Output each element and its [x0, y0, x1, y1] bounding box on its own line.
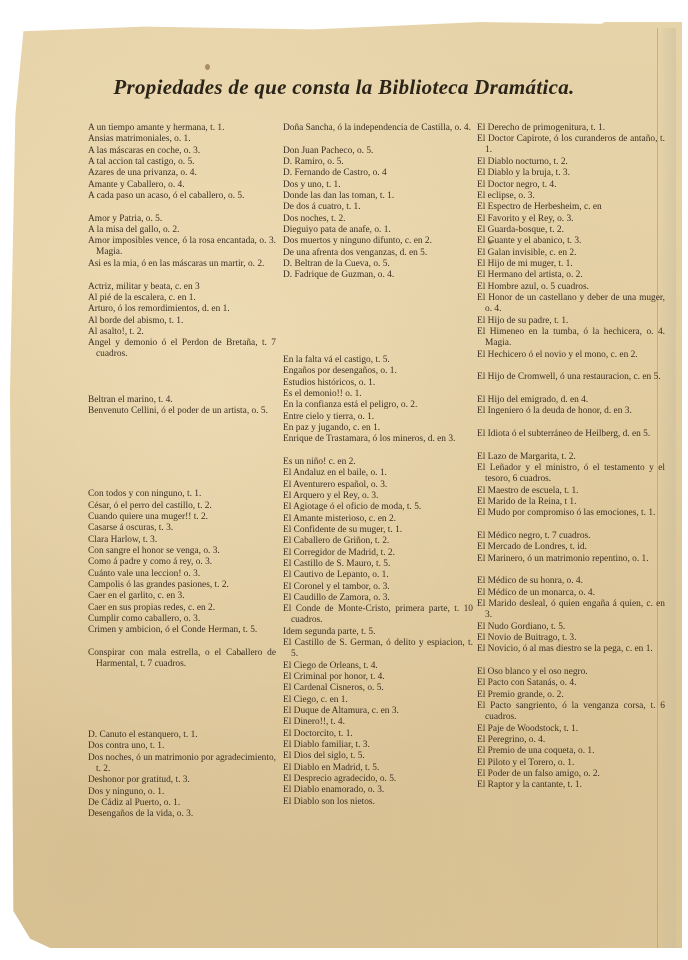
catalog-entry: El Diablo son los nietos. — [283, 797, 473, 808]
catalog-entry: El Hermano del artista, o. 2. — [477, 270, 665, 281]
catalog-entry: El Hijo de Cromwell, ó una restauracion,… — [477, 372, 665, 383]
catalog-entry: El Oso blanco y el oso negro. — [477, 667, 665, 678]
catalog-entry: Deshonor por gratitud, t. 3. — [88, 775, 276, 786]
catalog-entry: El Confidente de su muger, t. 1. — [283, 525, 473, 536]
catalog-entry: El eclipse, o. 3. — [477, 191, 665, 202]
catalog-entry: Campolis ó las grandes pasiones, t. 2. — [88, 580, 276, 591]
catalog-entry: Cuánto vale una leccion! o. 3. — [88, 569, 276, 580]
catalog-entry: El Poder de un falso amigo, o. 2. — [477, 769, 665, 780]
catalog-entry: El Doctor Capirote, ó los curanderos de … — [477, 134, 665, 157]
catalog-entry: El Hechicero ó el novio y el mono, c. en… — [477, 350, 665, 361]
catalog-entry: De Cádiz al Puerto, o. 1. — [88, 798, 276, 809]
catalog-entry: Donde las dan las toman, t. 1. — [283, 191, 473, 202]
catalog-entry: De una afrenta dos venganzas, d. en 5. — [283, 248, 473, 259]
catalog-entry: A las máscaras en coche, o. 3. — [88, 146, 276, 157]
catalog-entry: El Idiota ó el subterráneo de Heilberg, … — [477, 429, 665, 440]
catalog-entry: Caer en sus propias redes, c. en 2. — [88, 603, 276, 614]
catalog-entry: D. Canuto el estanquero, t. 1. — [88, 730, 276, 741]
catalog-entry: El Doctorcito, t. 1. — [283, 729, 473, 740]
catalog-entry: Al borde del abismo, t. 1. — [88, 316, 276, 327]
catalog-entry: El Dios del siglo, t. 5. — [283, 751, 473, 762]
catalog-entry: Angel y demonio ó el Perdon de Bretaña, … — [88, 338, 276, 361]
catalog-entry: Azares de una privanza, o. 4. — [88, 168, 276, 179]
catalog-entry: Dieguiyo pata de anafe, o. 1. — [283, 225, 473, 236]
catalog-entry: Idem segunda parte, t. 5. — [283, 627, 473, 638]
catalog-entry: Engaños por desengaños, o. 1. — [283, 366, 473, 377]
catalog-entry: El Dinero!!, t. 4. — [283, 717, 473, 728]
document-title: Propiedades de que consta la Biblioteca … — [0, 75, 688, 100]
catalog-entry: El Médico de su honra, o. 4. — [477, 576, 665, 587]
catalog-entry: El Premio de una coqueta, o. 1. — [477, 746, 665, 757]
catalog-entry: Crimen y ambicion, ó el Conde Herman, t.… — [88, 625, 276, 636]
catalog-entry: El Raptor y la cantante, t. 1. — [477, 780, 665, 791]
catalog-entry: Casarse á oscuras, t. 3. — [88, 523, 276, 534]
catalog-entry: El Honor de un castellano y deber de una… — [477, 293, 665, 316]
catalog-entry: El Mudo por compromiso ó las emociones, … — [477, 508, 665, 519]
catalog-entry: El Ciego, c. en 1. — [283, 695, 473, 706]
catalog-entry: Al pié de la escalera, c. en 1. — [88, 293, 276, 304]
catalog-entry: El Duque de Altamura, c. en 3. — [283, 706, 473, 717]
catalog-entry: El Médico negro, t. 7 cuadros. — [477, 531, 665, 542]
catalog-entry: Cuando quiere una muger!! t. 2. — [88, 512, 276, 523]
catalog-entry: El Hijo de mi muger, t. 1. — [477, 259, 665, 270]
catalog-entry: Es el demonio!! o. 1. — [283, 389, 473, 400]
catalog-entry: El Cardenal Cisneros, o. 5. — [283, 683, 473, 694]
catalog-entry: El Pacto con Satanás, o. 4. — [477, 678, 665, 689]
catalog-entry: A cada paso un acaso, ó el caballero, o.… — [88, 191, 276, 202]
catalog-entry: El Caudillo de Zamora, o. 3. — [283, 593, 473, 604]
catalog-entry: El Caballero de Griñon, t. 2. — [283, 536, 473, 547]
catalog-entry: Asi es la mia, ó en las máscaras un mart… — [88, 259, 276, 270]
catalog-entry: César, ó el perro del castillo, t. 2. — [88, 501, 276, 512]
catalog-entry: El Ingeniero ó la deuda de honor, d. en … — [477, 406, 665, 417]
catalog-entry: Como á padre y como á rey, o. 3. — [88, 557, 276, 568]
catalog-entry: El Lazo de Margarita, t. 2. — [477, 452, 665, 463]
catalog-entry: Cumplir como caballero, o. 3. — [88, 614, 276, 625]
catalog-entry: El Himeneo en la tumba, ó la hechicera, … — [477, 327, 665, 350]
catalog-entry: Dos y ninguno, o. 1. — [88, 787, 276, 798]
catalog-entry: Clara Harlow, t. 3. — [88, 535, 276, 546]
catalog-entry: El Marinero, ó un matrimonio repentino, … — [477, 554, 665, 565]
catalog-entry: El Derecho de primogenitura, t. 1. — [477, 123, 665, 134]
catalog-entry: El Peregrino, o. 4. — [477, 735, 665, 746]
catalog-entry: El Diablo en Madrid, t. 5. — [283, 763, 473, 774]
catalog-entry: A un tiempo amante y hermana, t. 1. — [88, 123, 276, 134]
catalog-entry: El Castillo de S. German, ó delito y esp… — [283, 638, 473, 661]
catalog-entry: D. Ramiro, o. 5. — [283, 157, 473, 168]
catalog-entry: El Maestro de escuela, t. 1. — [477, 486, 665, 497]
catalog-entry: Es un niño! c. en 2. — [283, 457, 473, 468]
ink-spot — [205, 64, 210, 70]
catalog-entry: D. Beltran de la Cueva, o. 5. — [283, 259, 473, 270]
catalog-entry: El Coronel y el tambor, o. 3. — [283, 582, 473, 593]
catalog-entry: Con todos y con ninguno, t. 1. — [88, 489, 276, 500]
catalog-entry: El Diablo nocturno, t. 2. — [477, 157, 665, 168]
catalog-entry: Benvenuto Cellini, ó el poder de un arti… — [88, 406, 276, 417]
catalog-entry: Caer en el garlito, c. en 3. — [88, 591, 276, 602]
catalog-entry: El Agiotage ó el oficio de moda, t. 5. — [283, 502, 473, 513]
catalog-entry: Dos contra uno, t. 1. — [88, 741, 276, 752]
catalog-entry: El Doctor negro, t. 4. — [477, 180, 665, 191]
catalog-entry: Arturo, ó los remordimientos, d. en 1. — [88, 304, 276, 315]
catalog-entry: D. Fadrique de Guzman, o. 4. — [283, 270, 473, 281]
catalog-entry: Amor y Patria, o. 5. — [88, 214, 276, 225]
catalog-entry: Don Juan Pacheco, o. 5. — [283, 146, 473, 157]
catalog-entry: Beltran el marino, t. 4. — [88, 395, 276, 406]
catalog-entry: El Aventurero español, o. 3. — [283, 480, 473, 491]
catalog-entry: El Guarda-bosque, t. 2. — [477, 225, 665, 236]
catalog-entry: El Amante misterioso, c. en 2. — [283, 514, 473, 525]
catalog-entry: Doña Sancha, ó la independencia de Casti… — [283, 123, 473, 134]
catalog-entry: Dos muertos y ninguno difunto, c. en 2. — [283, 236, 473, 247]
catalog-entry: Conspirar con mala estrella, o el Caball… — [88, 648, 276, 671]
catalog-entry: Estudios históricos, o. 1. — [283, 378, 473, 389]
catalog-entry: En paz y jugando, c. en 1. — [283, 423, 473, 434]
catalog-entry: El Diablo y la bruja, t. 3. — [477, 168, 665, 179]
catalog-entry: En la confianza está el peligro, o. 2. — [283, 400, 473, 411]
catalog-entry: Amor imposibles vence, ó la rosa encanta… — [88, 236, 276, 259]
catalog-entry: El Paje de Woodstock, t. 1. — [477, 724, 665, 735]
catalog-entry: El Marido desleal, ó quien engaña á quie… — [477, 599, 665, 622]
catalog-entry: A la misa del gallo, o. 2. — [88, 225, 276, 236]
catalog-entry: El Conde de Monte-Cristo, primera parte,… — [283, 604, 473, 627]
catalog-entry: Dos noches, t. 2. — [283, 214, 473, 225]
catalog-entry: El Piloto y el Torero, o. 1. — [477, 758, 665, 769]
catalog-entry: El Nudo Gordiano, t. 5. — [477, 622, 665, 633]
catalog-entry: Con sangre el honor se venga, o. 3. — [88, 546, 276, 557]
catalog-entry: El Galan invisible, c. en 2. — [477, 248, 665, 259]
catalog-entry: El Médico de un monarca, o. 4. — [477, 588, 665, 599]
catalog-entry: De dos á cuatro, t. 1. — [283, 202, 473, 213]
catalog-entry: D. Fernando de Castro, o. 4 — [283, 168, 473, 179]
catalog-entry: Actriz, militar y beata, c. en 3 — [88, 282, 276, 293]
catalog-entry: El Pacto sangriento, ó la venganza corsa… — [477, 701, 665, 724]
catalog-entry: El Diablo enamorado, o. 3. — [283, 785, 473, 796]
catalog-entry: Dos y uno, t. 1. — [283, 180, 473, 191]
catalog-entry: El Leñador y el ministro, ó el testament… — [477, 463, 665, 486]
catalog-entry: El Hombre azul, o. 5 cuadros. — [477, 282, 665, 293]
catalog-entry: El Ciego de Orleans, t. 4. — [283, 661, 473, 672]
catalog-entry: A tal accion tal castigo, o. 5. — [88, 157, 276, 168]
catalog-entry: Ansias matrimoniales, o. 1. — [88, 134, 276, 145]
catalog-entry: En la falta vá el castigo, t. 5. — [283, 355, 473, 366]
catalog-entry: El Andaluz en el baile, o. 1. — [283, 468, 473, 479]
catalog-entry: Dos noches, ó un matrimonio por agradeci… — [88, 753, 276, 776]
catalog-entry: Amante y Caballero, o. 4. — [88, 180, 276, 191]
catalog-entry: El Castillo de S. Mauro, t. 5. — [283, 559, 473, 570]
catalog-entry: El Novio de Buitrago, t. 3. — [477, 633, 665, 644]
catalog-entry: El Hijo de su padre, t. 1. — [477, 316, 665, 327]
catalog-entry: El Mercado de Londres, t. id. — [477, 542, 665, 553]
catalog-entry: El Guante y el abanico, t. 3. — [477, 236, 665, 247]
catalog-entry: Entre cielo y tierra, o. 1. — [283, 412, 473, 423]
catalog-entry: Enrique de Trastamara, ó los mineros, d.… — [283, 434, 473, 445]
catalog-entry: El Espectro de Herbesheim, c. en — [477, 202, 665, 213]
catalog-entry: El Novicio, ó al mas diestro se la pega,… — [477, 644, 665, 655]
catalog-entry: El Criminal por honor, t. 4. — [283, 672, 473, 683]
catalog-entry: El Hijo del emigrado, d. en 4. — [477, 395, 665, 406]
catalog-entry: El Premio grande, o. 2. — [477, 690, 665, 701]
catalog-entry: El Favorito y el Rey, o. 3. — [477, 214, 665, 225]
catalog-entry: Desengaños de la vida, o. 3. — [88, 809, 276, 820]
catalog-entry: Al asalto!, t. 2. — [88, 327, 276, 338]
catalog-entry: El Desprecio agradecido, o. 5. — [283, 774, 473, 785]
catalog-entry: El Arquero y el Rey, o. 3. — [283, 491, 473, 502]
catalog-entry: El Corregidor de Madrid, t. 2. — [283, 548, 473, 559]
catalog-entry: El Cautivo de Lepanto, o. 1. — [283, 570, 473, 581]
catalog-entry: El Marido de la Reina, t 1. — [477, 497, 665, 508]
catalog-entry: El Diablo familiar, t. 3. — [283, 740, 473, 751]
